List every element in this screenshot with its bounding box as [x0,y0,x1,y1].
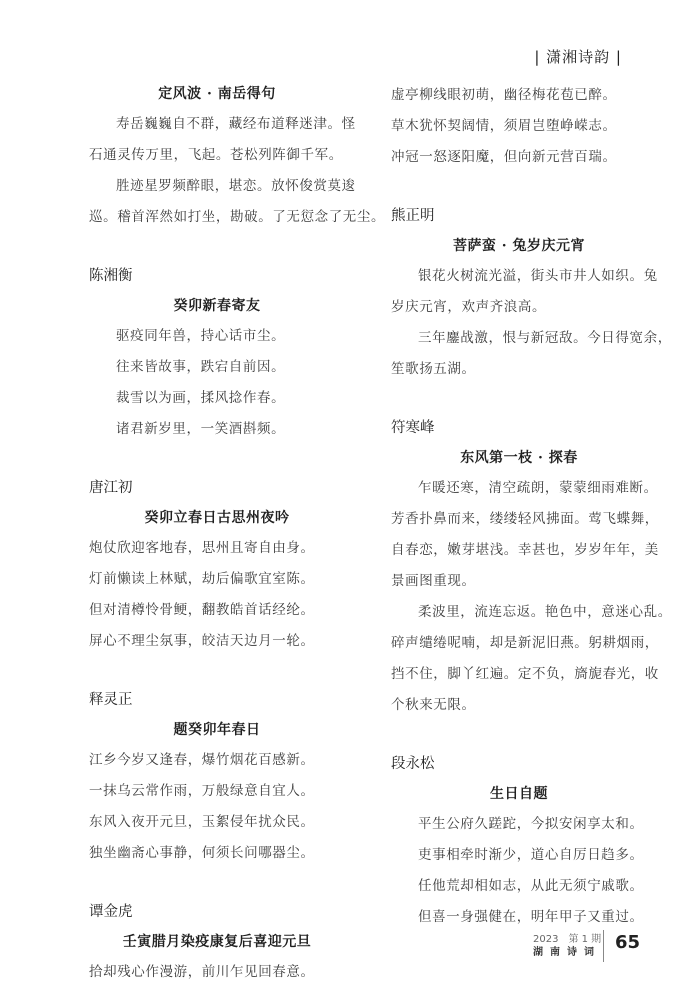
poem-line: 银花火树流光溢，街头市井人如织。兔 [391,261,647,292]
poem-line: 一抹乌云常作雨，万般绿意自宜人。 [89,776,345,807]
author-name: 段永松 [391,749,647,780]
poem-line: 但对清樽怜骨鲠，翻教皓首话经纶。 [89,595,345,626]
poem-line: 胜迹星罗频醉眼，堪恋。放怀俊赏莫逡 [89,171,345,202]
left-column: 定风波 · 南岳得句 寿岳巍巍自不群，藏经布道释迷津。怪 石通灵传万里，飞起。苍… [89,80,345,988]
poem-line: 东风入夜开元旦，玉絮侵年扰众民。 [89,807,345,838]
poem-duan-yongsong: 段永松 生日自题 平生公府久蹉跎，今拟安闲享太和。 吏事相牵时渐少，道心自厉日趋… [391,749,647,933]
poem-line: 草木犹怀契阔情，须眉岂堕峥嵘志。 [391,111,647,142]
author-name: 陈湘衡 [89,261,345,292]
poem-tan-jinhu-continued: 虚亭柳线眼初萌，幽径梅花苞已醉。 草木犹怀契阔情，须眉岂堕峥嵘志。 冲冠一怒逐阳… [391,80,647,173]
poem-fu-hanfeng: 符寒峰 东风第一枝 · 探春 乍暖还寒，清空疏朗，蒙蒙细雨难断。 芳香扑鼻而来，… [391,413,647,721]
poem-line: 驱疫同年兽，持心话市尘。 [89,321,345,352]
poem-line: 炮仗欣迎客地春，思州且寄自由身。 [89,533,345,564]
poem-line: 拾却残心作漫游，前川乍见回春意。 [89,957,345,988]
poem-line: 虚亭柳线眼初萌，幽径梅花苞已醉。 [391,80,647,111]
poem-xiong-zhengming: 熊正明 菩萨蛮 · 兔岁庆元宵 银花火树流光溢，街头市井人如织。兔 岁庆元宵，欢… [391,201,647,385]
magazine-name: 湖南诗词 [533,943,601,958]
section-title: | 潇湘诗韵 | [534,46,622,67]
author-name: 熊正明 [391,201,647,232]
author-name: 释灵正 [89,685,345,716]
poem-line: 巡。稽首浑然如打坐，勘破。了无愆念了无尘。 [89,202,345,233]
poem-dingfengbo: 定风波 · 南岳得句 寿岳巍巍自不群，藏经布道释迷津。怪 石通灵传万里，飞起。苍… [89,80,345,233]
poem-chen-xiangheng: 陈湘衡 癸卯新春寄友 驱疫同年兽，持心话市尘。 往来皆故事，跌宕自前因。 裁雪以… [89,261,345,445]
poem-line: 吏事相牵时渐少，道心自厉日趋多。 [391,840,647,871]
author-name: 符寒峰 [391,413,647,444]
author-name: 谭金虎 [89,897,345,928]
poem-line: 乍暖还寒，清空疏朗，蒙蒙细雨难断。 [391,473,647,504]
poem-line: 芳香扑鼻而来，缕缕轻风拂面。莺飞蝶舞， [391,504,647,535]
poem-line: 石通灵传万里，飞起。苍松列阵御千军。 [89,140,345,171]
poem-tan-jinhu: 谭金虎 壬寅腊月染疫康复后喜迎元旦 拾却残心作漫游，前川乍见回春意。 [89,897,345,988]
poem-title: 壬寅腊月染疫康复后喜迎元旦 [89,928,345,957]
footer-divider [603,930,604,962]
poem-line: 岁庆元宵，欢声齐浪高。 [391,292,647,323]
poem-title: 东风第一枝 · 探春 [391,444,647,473]
poem-line: 柔波里，流连忘返。艳色中，意迷心乱。 [391,597,647,628]
poem-title: 癸卯新春寄友 [89,292,345,321]
poem-line: 屏心不理尘氛事，皎洁天边月一轮。 [89,626,345,657]
poem-line: 裁雪以为画，揉风捻作春。 [89,383,345,414]
poem-line: 平生公府久蹉跎，今拟安闲享太和。 [391,809,647,840]
poem-line: 独坐幽斋心事静，何须长问哪器尘。 [89,838,345,869]
poem-line: 笙歌扬五湖。 [391,354,647,385]
poem-line: 寿岳巍巍自不群，藏经布道释迷津。怪 [89,109,345,140]
poem-line: 三年鏖战激，恨与新冠敌。今日得宽余， [391,323,647,354]
author-name: 唐江初 [89,473,345,504]
poem-line: 江乡今岁又逢春，爆竹烟花百感新。 [89,745,345,776]
poem-line: 但喜一身强健在，明年甲子又重过。 [391,902,647,933]
poem-title: 生日自题 [391,780,647,809]
poem-line: 诸君新岁里，一笑酒斟频。 [89,414,345,445]
poem-line: 挡不住，脚丫红遍。定不负，旖旎春光，收 [391,659,647,690]
poem-title: 定风波 · 南岳得句 [89,80,345,109]
poem-line: 自春恋，嫩芽堪浅。幸甚也，岁岁年年，美 [391,535,647,566]
poem-line: 景画图重现。 [391,566,647,597]
poem-line: 灯前懒读上林赋，劫后偏歌宜室陈。 [89,564,345,595]
poem-line: 冲冠一怒逐阳魔，但向新元营百瑞。 [391,142,647,173]
page-number: 65 [615,932,640,953]
poem-tang-jiangchu: 唐江初 癸卯立春日古思州夜吟 炮仗欣迎客地春，思州且寄自由身。 灯前懒读上林赋，… [89,473,345,657]
poem-line: 任他荒却相如志，从此无须宁戚歌。 [391,871,647,902]
poem-line: 往来皆故事，跌宕自前因。 [89,352,345,383]
poem-shi-lingzheng: 释灵正 题癸卯年春日 江乡今岁又逢春，爆竹烟花百感新。 一抹乌云常作雨，万般绿意… [89,685,345,869]
poem-line: 碎声缱绻呢喃，却是新泥旧燕。躬耕烟雨， [391,628,647,659]
poem-title: 题癸卯年春日 [89,716,345,745]
poem-title: 菩萨蛮 · 兔岁庆元宵 [391,232,647,261]
poem-line: 个秋来无限。 [391,690,647,721]
poem-title: 癸卯立春日古思州夜吟 [89,504,345,533]
right-column: 虚亭柳线眼初萌，幽径梅花苞已醉。 草木犹怀契阔情，须眉岂堕峥嵘志。 冲冠一怒逐阳… [391,80,647,933]
